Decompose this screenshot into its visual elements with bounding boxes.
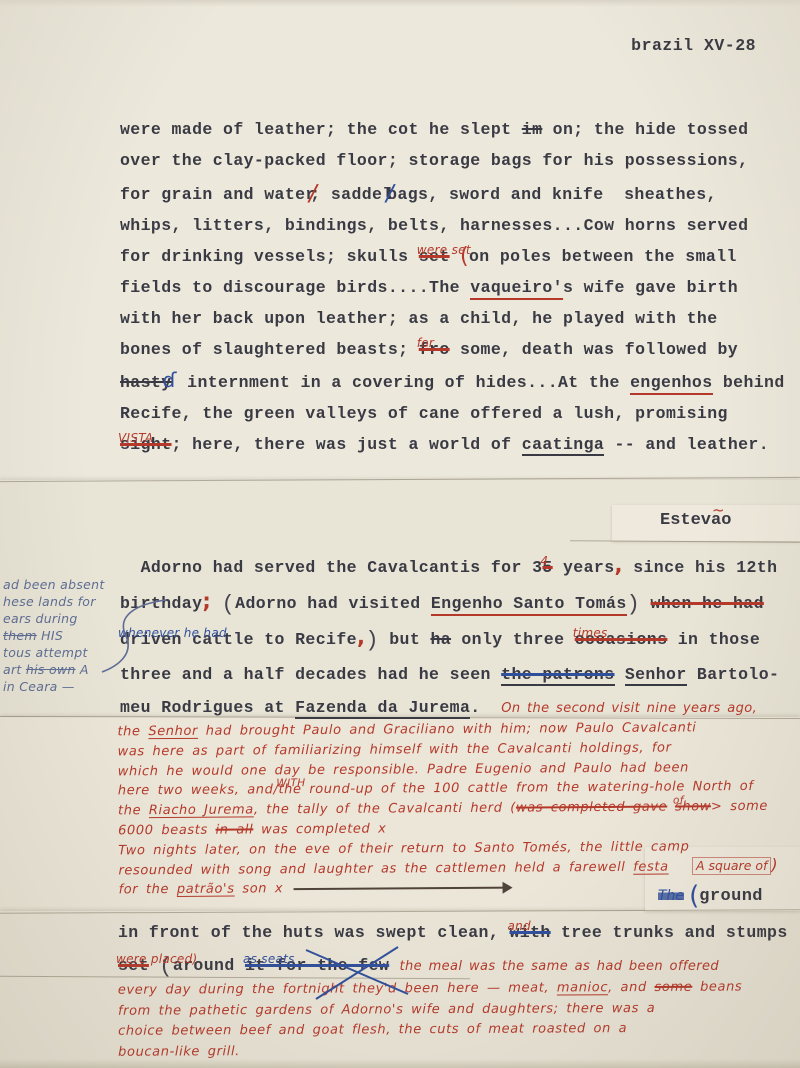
estevao-annotation: Estev~ao [660,511,731,530]
inserted-correction: ~ [712,503,725,518]
text-line: boucan-like grill. [118,1039,798,1063]
text-line: whenever he haddriven cattle to Recife,)… [120,621,779,658]
text-line: Recife, the green valleys of cane offere… [120,398,785,429]
text-line: ad been absent [3,576,115,593]
typed-paragraph-huts: in front of the huts was swept clean, an… [118,916,788,983]
typed-paragraph-adorno: Adorno had served the Cavalcantis for 34… [120,549,779,726]
text-line: art his own A [3,661,115,678]
inserted-correction: for [417,337,434,349]
inserted-correction: were set [417,244,471,256]
inserted-correction: VISTA [118,432,153,444]
text-line: bones of slaughtered beasts; forfro some… [120,334,785,365]
text-line: hese lands for [3,593,115,610]
text-line: tous attempt [3,644,115,661]
inserted-correction: whenever he had [118,627,227,639]
inserted-correction: were placed) [116,953,198,965]
text-line: over the clay-packed floor; storage bags… [120,145,785,176]
text-line: with her back upon leather; as a child, … [120,303,785,334]
ground-line: The (ground [658,881,763,911]
margin-notes: ad been absenthese lands forears during … [3,576,115,695]
text-line: were made of leather; the cot he slept i… [120,114,785,145]
square-of-annotation: A square of) [692,855,778,874]
typed-paragraph-leather: were made of leather; the cot he slept i… [120,114,785,460]
page-label: brazil XV-28 [631,36,756,55]
inserted-correction: times [573,627,608,639]
inserted-correction: WITH [276,778,305,789]
inserted-correction: 4 [540,555,548,567]
text-line: in Ceara — [3,678,115,695]
text-line: every day during the fortnight they'd be… [118,977,798,1001]
inserted-correction: of [673,795,684,806]
handwritten-insert-block-2: every day during the fortnight they'd be… [118,977,798,1063]
text-line: whips, litters, bindings, belts, harness… [120,210,785,241]
text-line: three and a half decades had he seen the… [120,658,779,692]
text-line: Estev~ao [660,511,731,530]
inserted-correction: as seats [243,953,295,965]
text-line: The (ground [658,881,763,911]
text-line: birthday; (Adorno had visited Engenho Sa… [120,585,779,622]
text-line: fields to discourage birds....The vaquei… [120,272,785,303]
text-line: hastyɗ internment in a covering of hides… [120,365,785,398]
text-line: in front of the huts was swept clean, an… [118,916,788,949]
inserted-correction: and [507,920,530,932]
text-line: for grain and water/; saddel/bags, sword… [120,176,785,210]
text-line: VISTAsight; here, there was just a world… [120,429,785,460]
text-line: ears during them HIS [3,610,115,644]
text-line: A square of) [692,855,778,874]
text-line: for drinking vessels; skulls were setset… [120,241,785,272]
manuscript-page: brazil XV-28 were made of leather; the c… [0,0,800,1068]
text-line: Adorno had served the Cavalcantis for 34… [120,549,779,585]
